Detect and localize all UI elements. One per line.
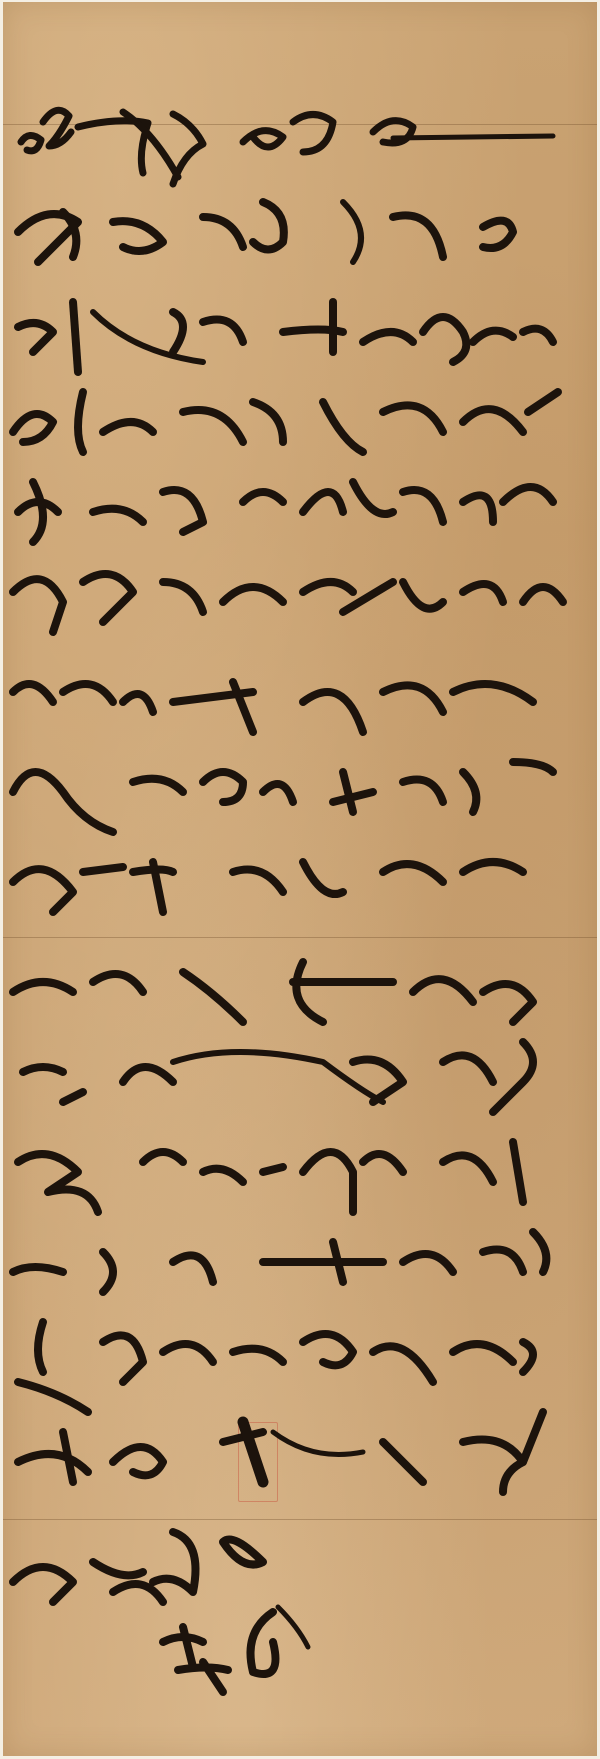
column-9 — [13, 862, 523, 912]
column-16 — [13, 1532, 263, 1602]
column-15 — [18, 1412, 543, 1492]
column-8 — [13, 762, 553, 832]
ink-strokes — [3, 2, 597, 1756]
column-12 — [18, 1142, 523, 1212]
column-7 — [13, 682, 533, 732]
column-4 — [13, 392, 558, 452]
column-1 — [21, 110, 553, 184]
column-6 — [13, 574, 563, 632]
column-13 — [13, 1232, 546, 1292]
column-14 — [18, 1322, 533, 1412]
column-3 — [18, 302, 553, 372]
column-17 — [163, 1607, 308, 1692]
column-2 — [18, 202, 513, 262]
column-11 — [23, 1042, 533, 1112]
column-5 — [18, 482, 553, 542]
calligraphy-scroll — [3, 2, 597, 1756]
column-10 — [13, 962, 533, 1022]
